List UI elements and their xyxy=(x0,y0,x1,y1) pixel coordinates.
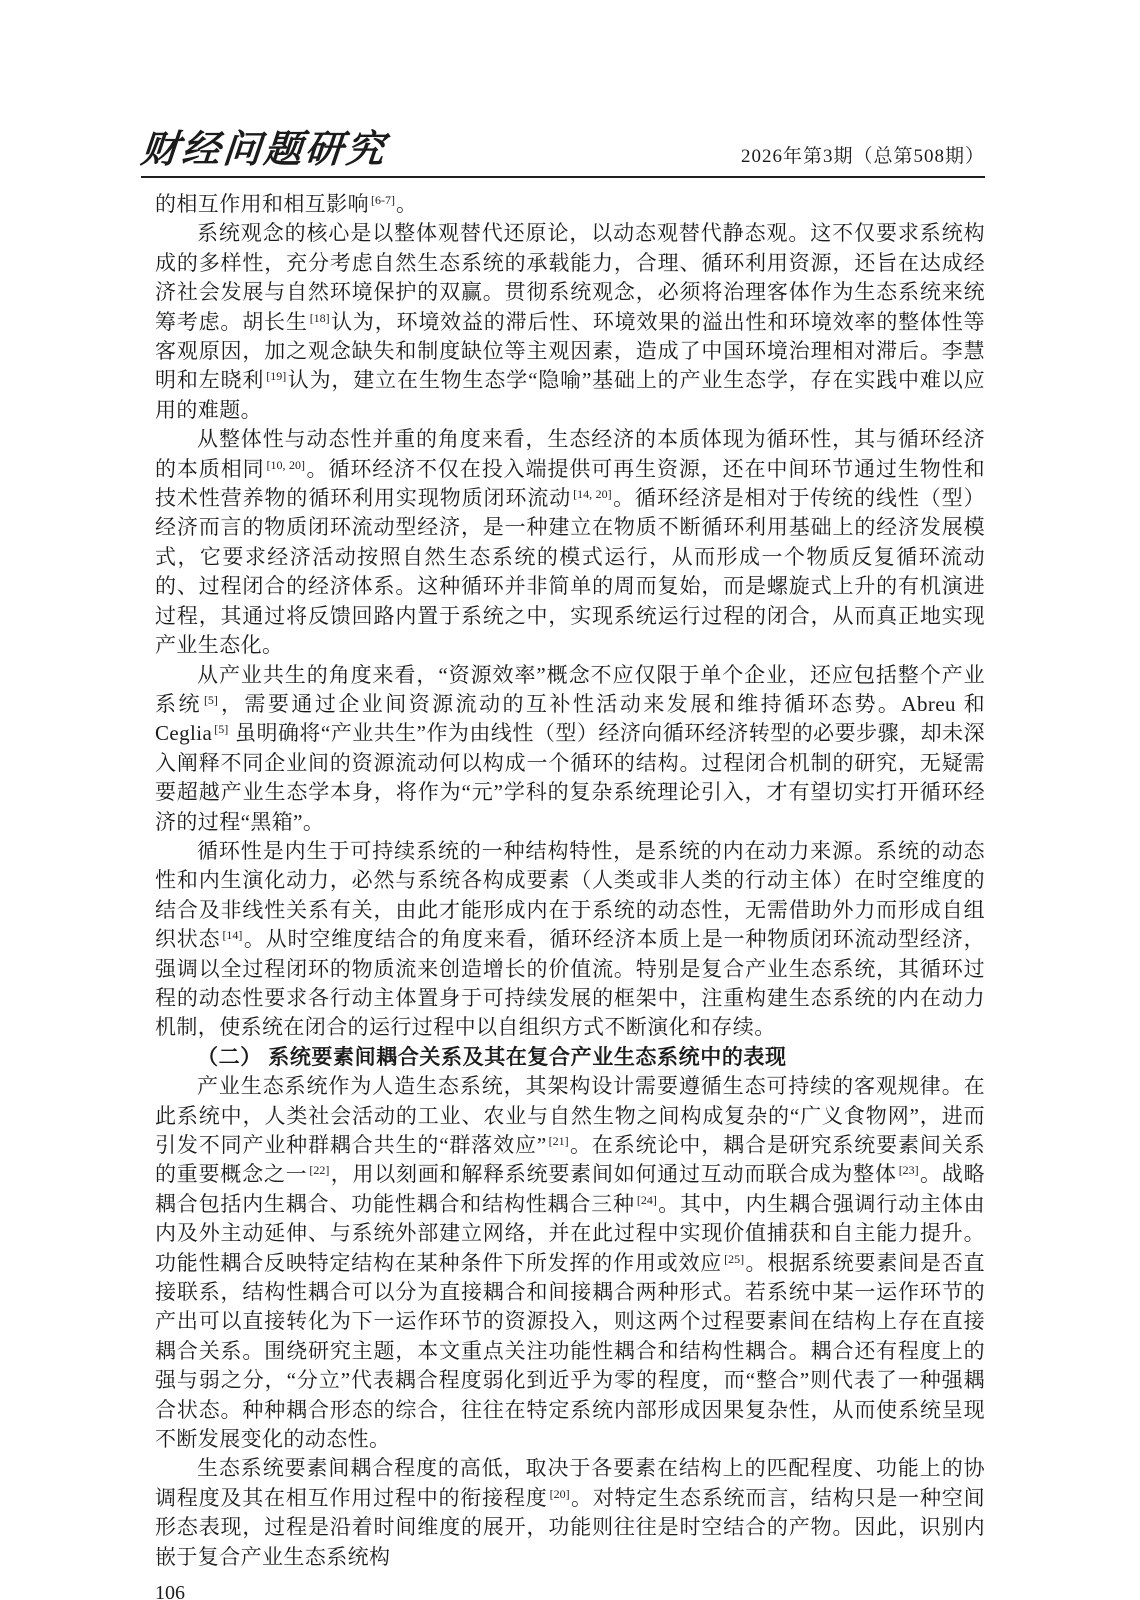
paragraph: 循环性是内生于可持续系统的一种结构特性，是系统的内在动力来源。系统的动态性和内生… xyxy=(155,837,985,1043)
citation-superscript: [24] xyxy=(635,1193,658,1207)
citation-superscript: [23] xyxy=(897,1163,920,1177)
paragraph: 的相互作用和相互影响[6-7]。 xyxy=(155,190,985,219)
article-body: 的相互作用和相互影响[6-7]。系统观念的核心是以整体观替代还原论，以动态观替代… xyxy=(155,178,985,1572)
paragraph: 产业生态系统作为人造生态系统，其架构设计需要遵循生态可持续的客观规律。在此系统中… xyxy=(155,1072,985,1454)
citation-superscript: [5] xyxy=(202,693,219,707)
citation-superscript: [14, 20] xyxy=(571,487,613,501)
citation-superscript: [20] xyxy=(548,1487,571,1501)
citation-superscript: [10, 20] xyxy=(265,458,307,472)
citation-superscript: [14] xyxy=(220,928,243,942)
citation-superscript: [25] xyxy=(722,1252,745,1266)
citation-superscript: [19] xyxy=(264,369,287,383)
issue-info: 2026年第3期（总第508期） xyxy=(741,144,985,170)
paragraph: 从产业共生的角度来看，“资源效率”概念不应仅限于单个企业，还应包括整个产业系统[… xyxy=(155,661,985,837)
citation-superscript: [18] xyxy=(308,311,331,325)
section-heading: （二） 系统要素间耦合关系及其在复合产业生态系统中的表现 xyxy=(155,1043,985,1072)
citation-superscript: [21] xyxy=(547,1134,570,1148)
paragraph: 生态系统要素间耦合程度的高低，取决于各要素在结构上的匹配程度、功能上的协调程度及… xyxy=(155,1454,985,1572)
citation-superscript: [5] xyxy=(212,722,229,736)
journal-logo: 财经问题研究 xyxy=(139,128,389,170)
page-number: 106 xyxy=(155,1582,985,1600)
paragraph: 从整体性与动态性并重的角度来看，生态经济的本质体现为循环性，其与循环经济的本质相… xyxy=(155,425,985,660)
journal-page: 财经问题研究 2026年第3期（总第508期） 的相互作用和相互影响[6-7]。… xyxy=(0,0,1140,1600)
page-header: 财经问题研究 2026年第3期（总第508期） xyxy=(141,128,985,178)
citation-superscript: [6-7] xyxy=(369,193,396,207)
citation-superscript: [22] xyxy=(307,1163,330,1177)
paragraph: 系统观念的核心是以整体观替代还原论，以动态观替代静态观。这不仅要求系统构成的多样… xyxy=(155,219,985,425)
